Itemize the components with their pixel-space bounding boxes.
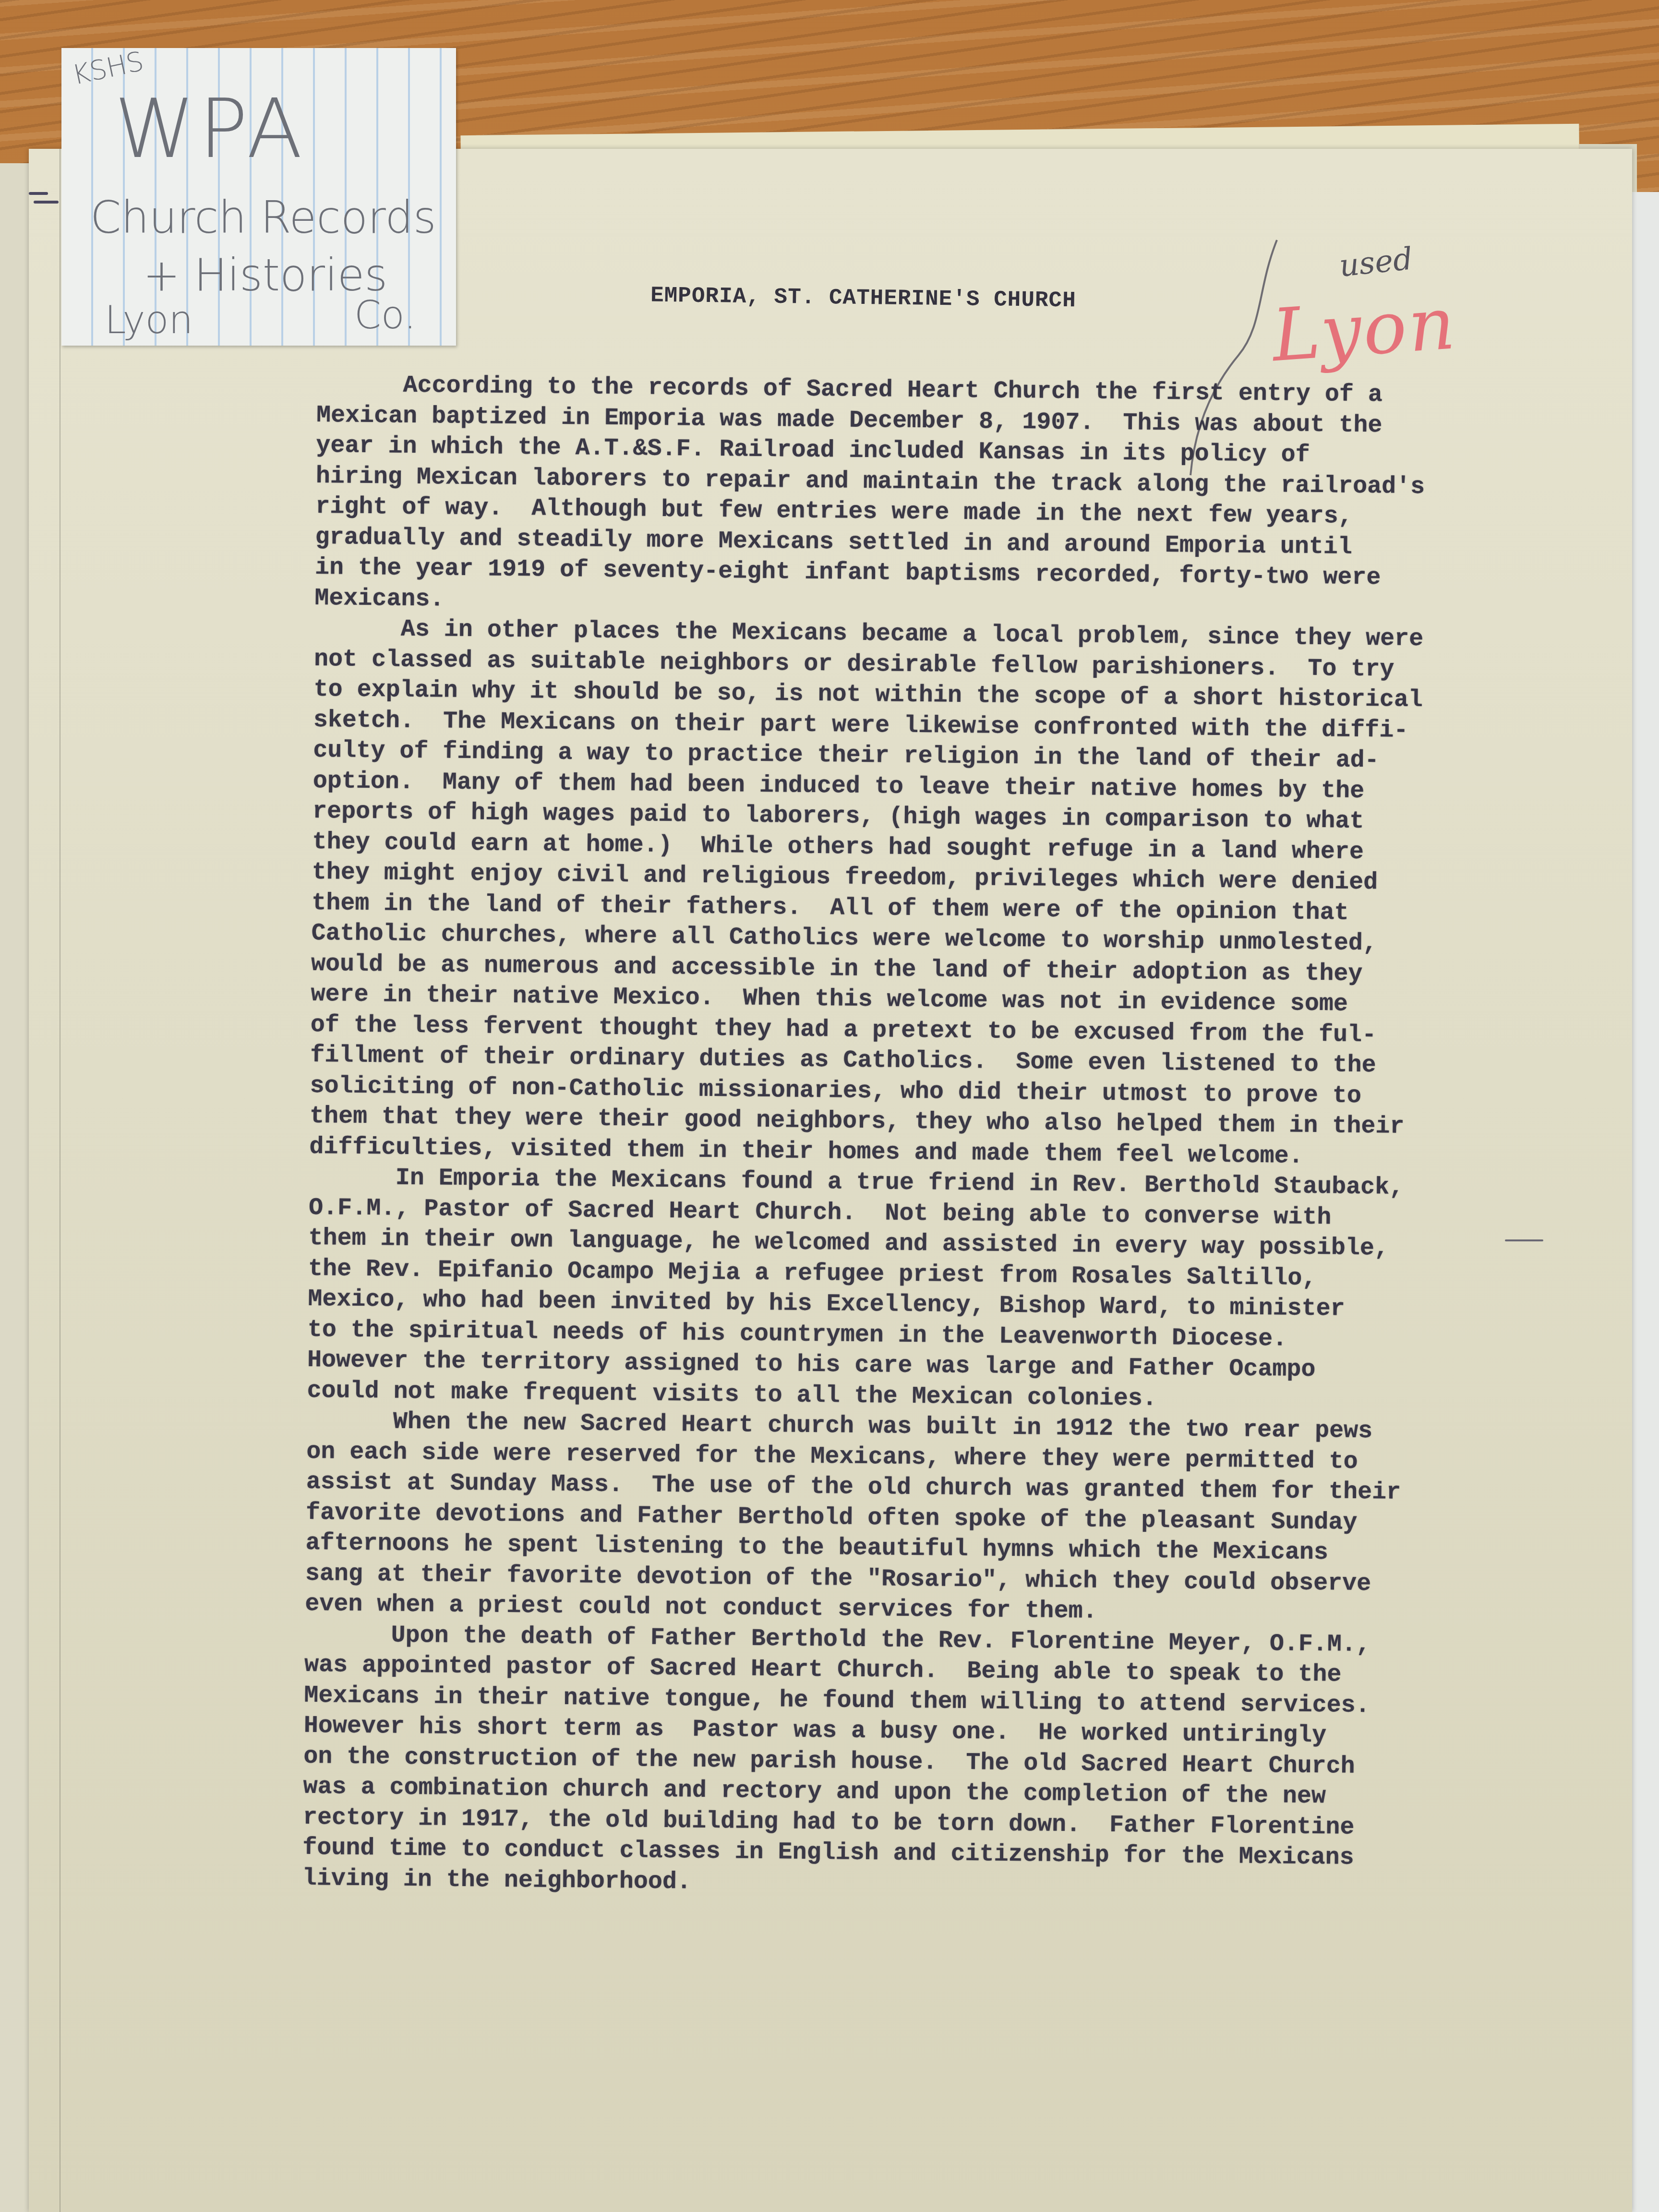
document-body: According to the records of Sacred Heart… — [302, 370, 1546, 1905]
white-sheet-edge — [1632, 192, 1659, 2212]
margin-mark — [29, 192, 48, 195]
document-title: EMPORIA, ST. CATHERINE'S CHURCH — [650, 283, 1076, 313]
card-text-church-records: Church Records — [90, 192, 436, 243]
red-pencil-note-lyon: Lyon — [1269, 282, 1459, 378]
handwritten-index-card: KSHS WPA Church Records + Histories Lyon… — [61, 48, 456, 346]
card-text-lyon: Lyon — [105, 298, 193, 342]
margin-mark — [34, 201, 59, 204]
card-text-wpa: WPA — [114, 82, 306, 177]
page-fold-line — [60, 149, 60, 2212]
paragraph: According to the records of Sacred Heart… — [314, 370, 1546, 625]
paragraph: When the new Sacred Heart church was bui… — [305, 1406, 1536, 1631]
paragraph: In Emporia the Mexicans found a true fri… — [307, 1162, 1538, 1418]
card-text-histories: + Histories — [143, 250, 387, 301]
card-text-county: Co. — [354, 293, 416, 337]
paragraph: As in other places the Mexicans became a… — [309, 613, 1543, 1174]
paragraph: Upon the death of Father Berthold the Re… — [302, 1619, 1534, 1905]
